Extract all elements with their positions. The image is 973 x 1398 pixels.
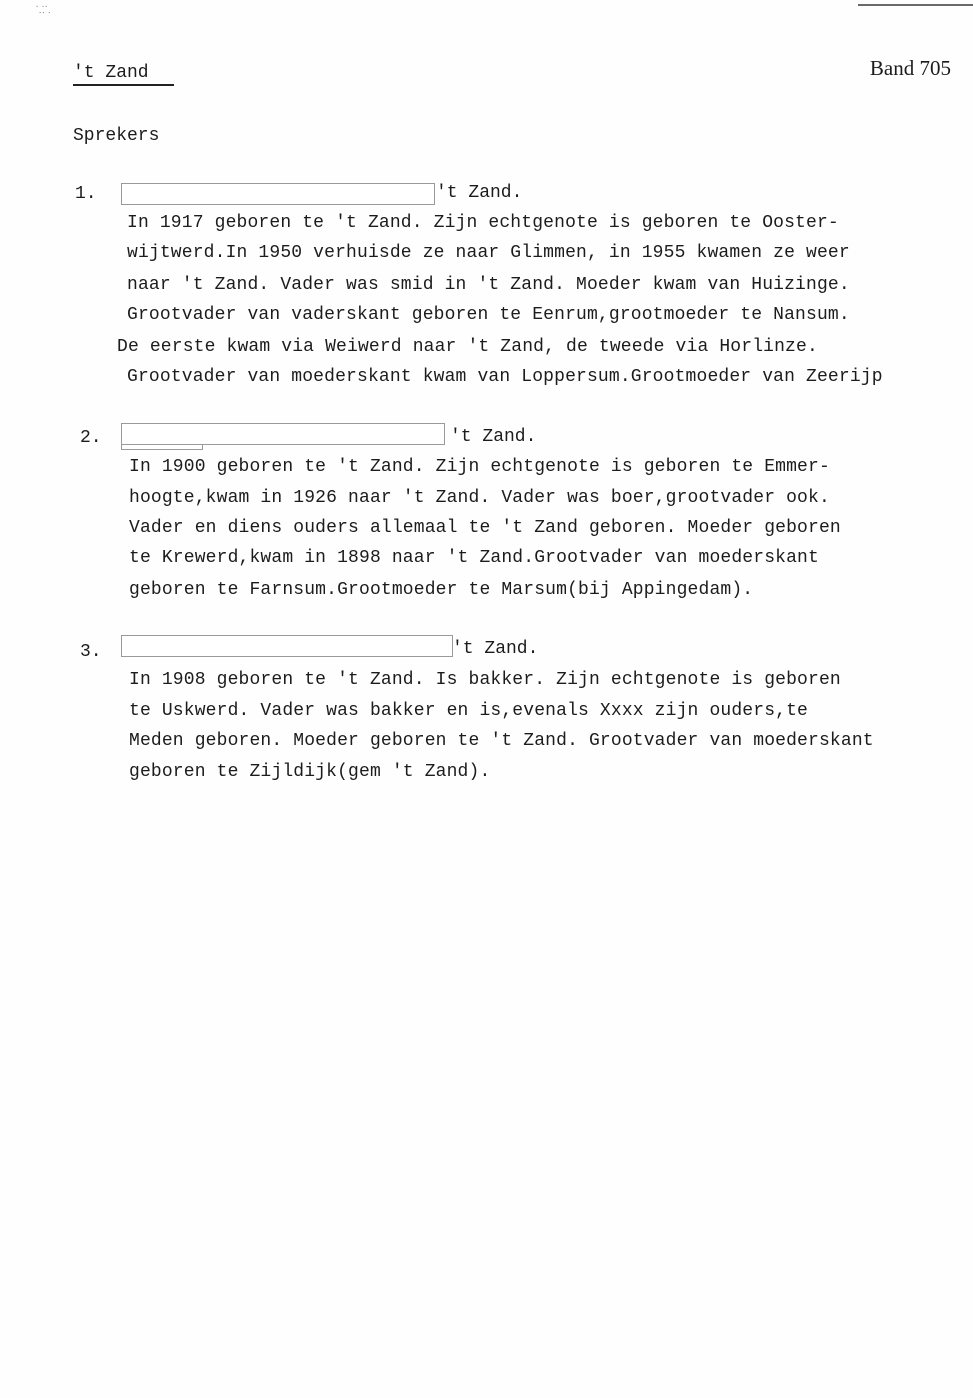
section-heading-sprekers: Sprekers bbox=[73, 125, 159, 147]
scan-edge-line bbox=[858, 4, 973, 6]
speaker-text-line: wijtwerd.In 1950 verhuisde ze naar Glimm… bbox=[127, 242, 850, 264]
speaker-text-line: Grootvader van vaderskant geboren te Een… bbox=[127, 304, 850, 326]
redaction-box-tab bbox=[121, 445, 203, 450]
scan-smudge: ⸪⸫ bbox=[36, 2, 66, 22]
speaker-number: 2. bbox=[80, 427, 102, 449]
band-number: Band 705 bbox=[870, 56, 951, 80]
speaker-text-line: In 1900 geboren te 't Zand. Zijn echtgen… bbox=[129, 456, 830, 478]
speaker-text-line: geboren te Zijldijk(gem 't Zand). bbox=[129, 761, 490, 783]
speaker-place: 't Zand. bbox=[450, 426, 536, 448]
speaker-text-line: De eerste kwam via Weiwerd naar 't Zand,… bbox=[117, 336, 818, 358]
speaker-text-line: In 1908 geboren te 't Zand. Is bakker. Z… bbox=[129, 669, 841, 691]
redacted-name-box bbox=[121, 423, 445, 445]
redacted-name-box bbox=[121, 635, 453, 657]
speaker-text-line: Grootvader van moederskant kwam van Lopp… bbox=[127, 366, 883, 388]
title-underline bbox=[73, 84, 174, 86]
speaker-text-line: te Uskwerd. Vader was bakker en is,evena… bbox=[129, 700, 808, 722]
speaker-number: 3. bbox=[80, 641, 102, 663]
speaker-place: 't Zand. bbox=[452, 638, 538, 660]
speaker-text-line: In 1917 geboren te 't Zand. Zijn echtgen… bbox=[127, 212, 839, 234]
speaker-number: 1. bbox=[75, 183, 97, 205]
speaker-text-line: hoogte,kwam in 1926 naar 't Zand. Vader … bbox=[129, 487, 830, 509]
speaker-text-line: Meden geboren. Moeder geboren te 't Zand… bbox=[129, 730, 874, 752]
document-page: ⸪⸫ 't Zand Band 705 Sprekers 1. 't Zand.… bbox=[0, 0, 973, 1398]
page-title: 't Zand bbox=[73, 62, 149, 84]
speaker-text-line: naar 't Zand. Vader was smid in 't Zand.… bbox=[127, 274, 850, 296]
speaker-text-line: te Krewerd,kwam in 1898 naar 't Zand.Gro… bbox=[129, 547, 819, 569]
redacted-name-box bbox=[121, 183, 435, 205]
speaker-text-line: geboren te Farnsum.Grootmoeder te Marsum… bbox=[129, 579, 753, 601]
speaker-place: 't Zand. bbox=[436, 182, 522, 204]
speaker-text-line: Vader en diens ouders allemaal te 't Zan… bbox=[129, 517, 841, 539]
